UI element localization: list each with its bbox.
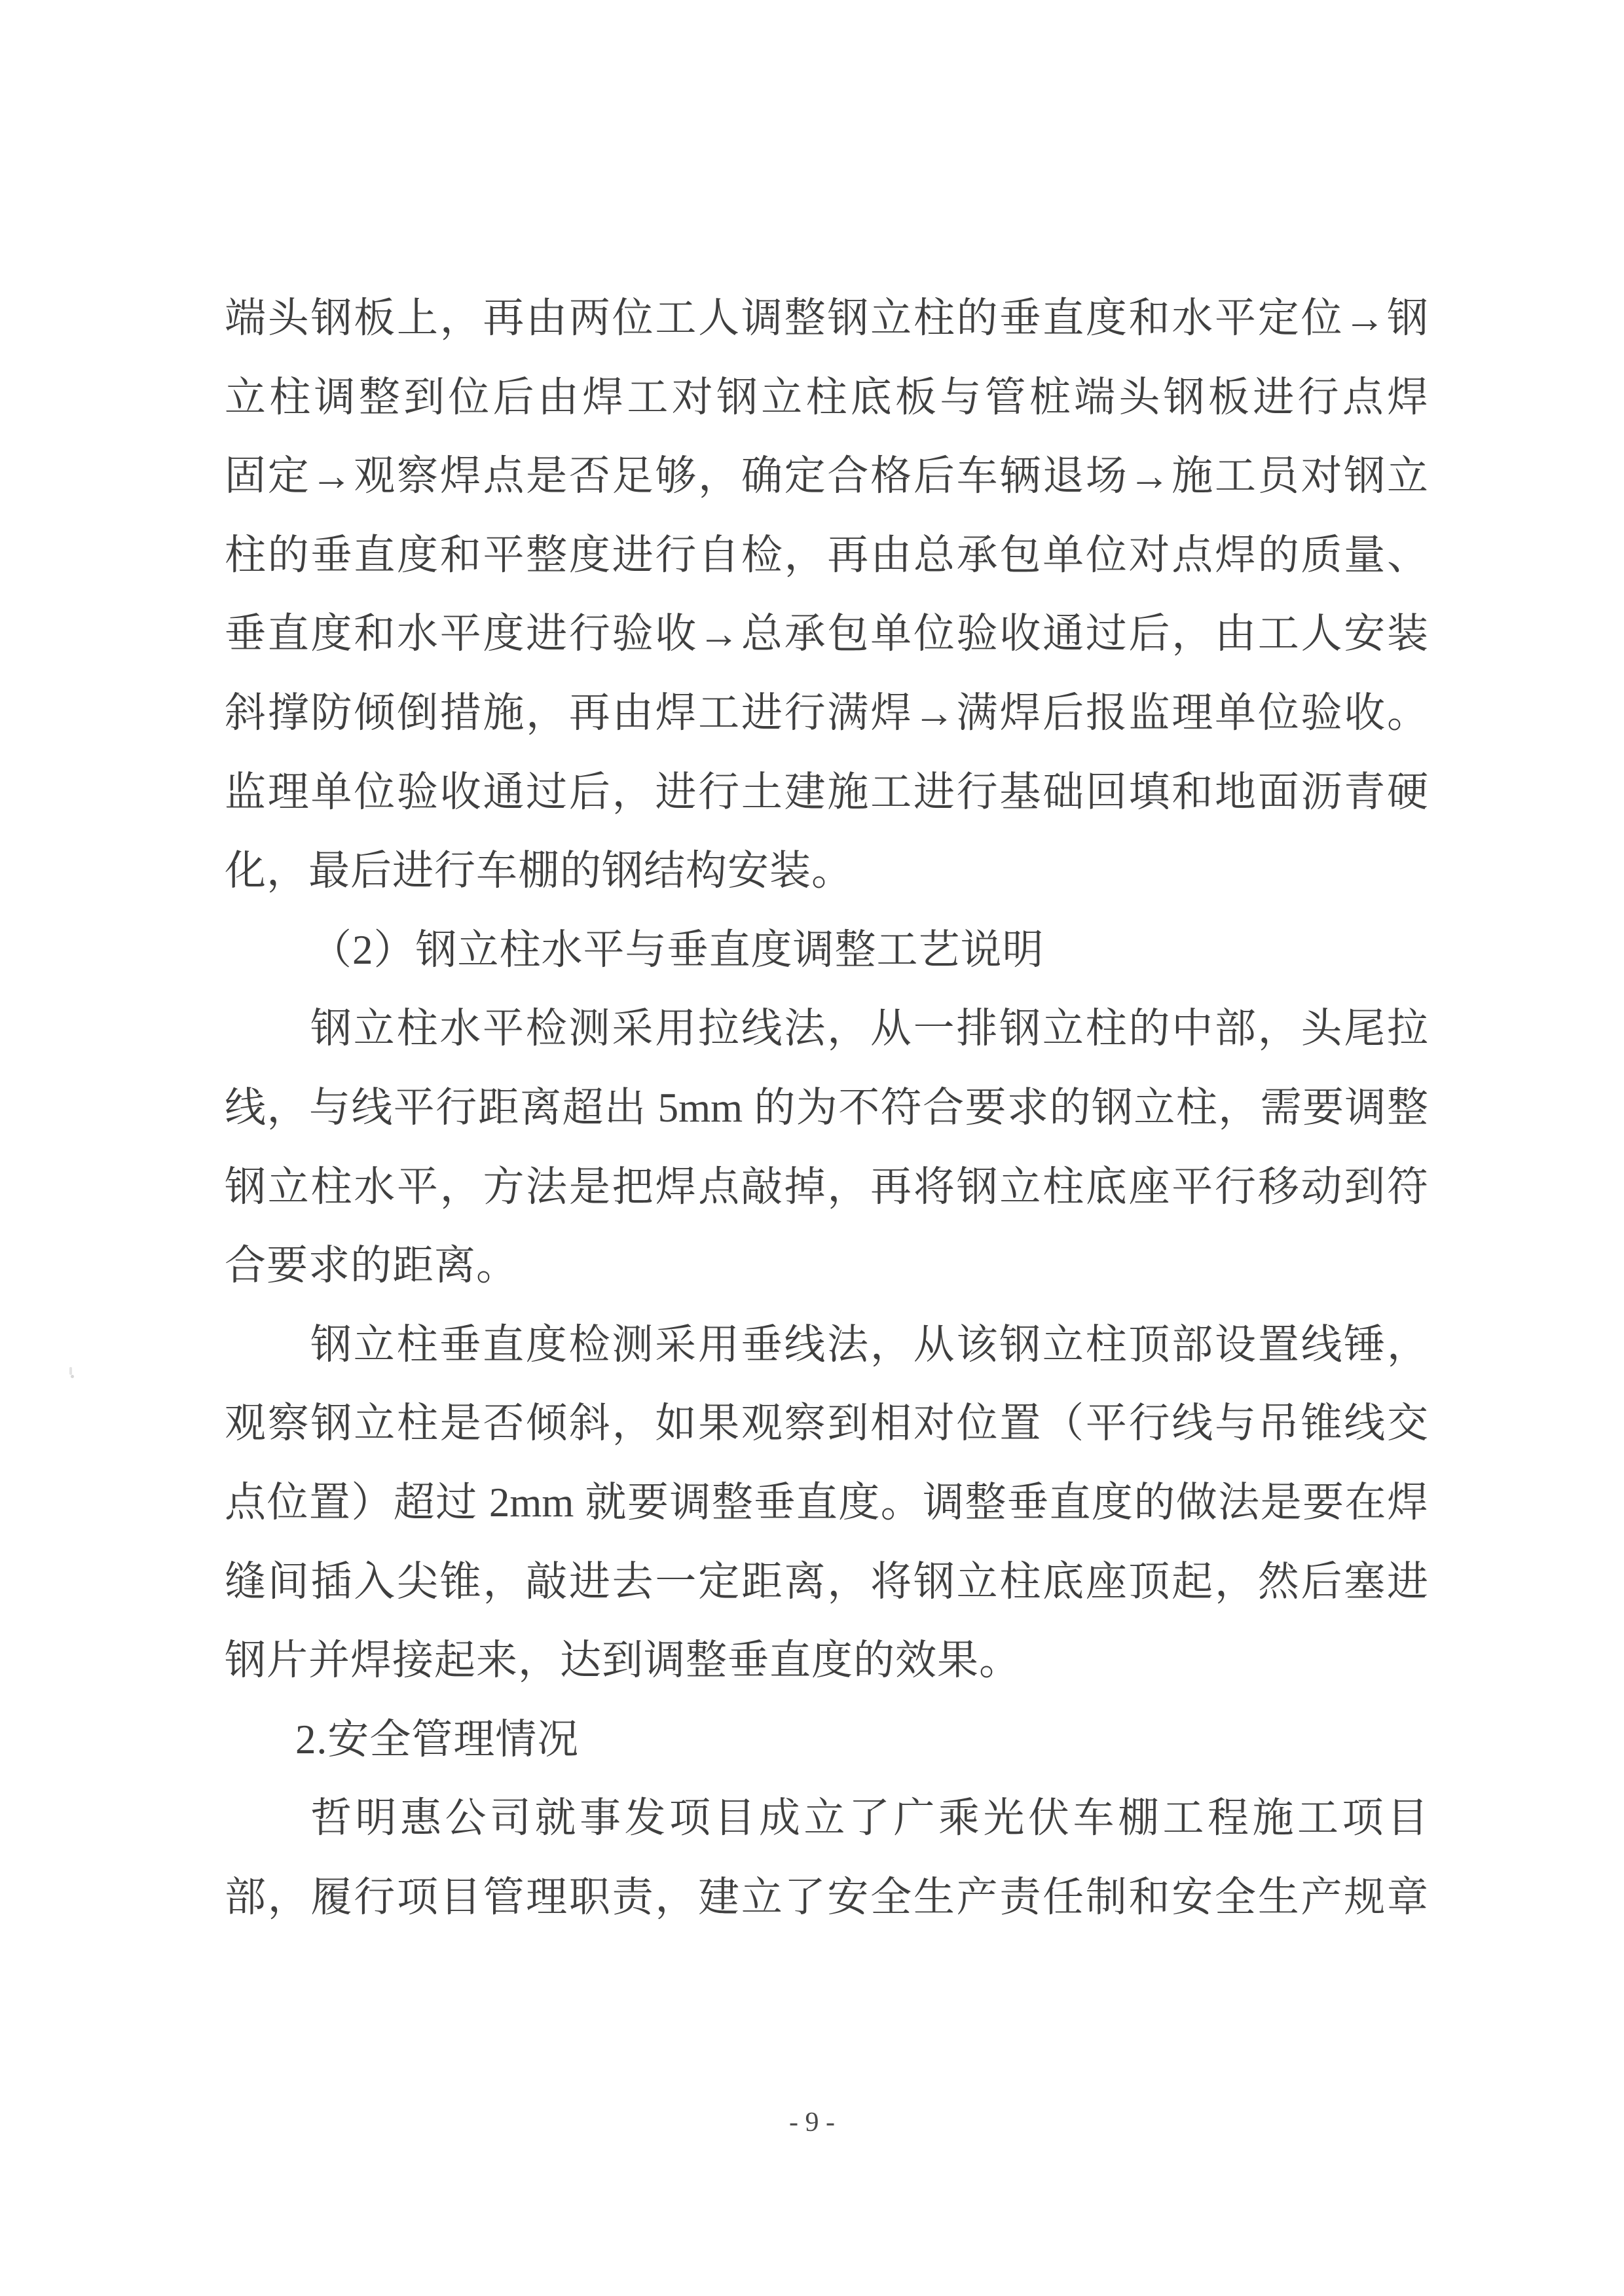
body-text-line: 部，履行项目管理职责，建立了安全生产责任制和安全生产规章 bbox=[225, 1858, 1428, 1937]
body-text-line: 固定→观察焊点是否足够，确定合格后车辆退场→施工员对钢立 bbox=[225, 437, 1428, 516]
body-text-line: 端头钢板上，再由两位工人调整钢立柱的垂直度和水平定位→钢 bbox=[225, 279, 1428, 358]
page-number: - 9 - bbox=[0, 2104, 1624, 2141]
section-heading-line: 2.安全管理情况 bbox=[225, 1700, 1428, 1779]
body-text-line: 钢立柱水平检测采用拉线法，从一排钢立柱的中部，头尾拉 bbox=[225, 989, 1428, 1068]
body-text-line: 线，与线平行距离超出 5mm 的为不符合要求的钢立柱，需要调整 bbox=[225, 1068, 1428, 1148]
body-text-line: 合要求的距离。 bbox=[225, 1226, 1428, 1305]
body-text-line: 立柱调整到位后由焊工对钢立柱底板与管桩端头钢板进行点焊 bbox=[225, 358, 1428, 437]
body-text-line: 钢立柱垂直度检测采用垂线法，从该钢立柱顶部设置线锤， bbox=[225, 1305, 1428, 1385]
body-text-line: 化，最后进行车棚的钢结构安装。 bbox=[225, 831, 1428, 911]
body-text-line: 缝间插入尖锥，敲进去一定距离，将钢立柱底座顶起，然后塞进 bbox=[225, 1542, 1428, 1622]
body-text-line: 钢立柱水平，方法是把焊点敲掉，再将钢立柱底座平行移动到符 bbox=[225, 1148, 1428, 1227]
body-text-line: 垂直度和水平度进行验收→总承包单位验收通过后，由工人安装 bbox=[225, 594, 1428, 674]
body-text-line: 观察钢立柱是否倾斜，如果观察到相对位置（平行线与吊锥线交 bbox=[225, 1384, 1428, 1463]
body-text-line: 监理单位验收通过后，进行土建施工进行基础回填和地面沥青硬 bbox=[225, 753, 1428, 832]
body-text-line: 哲明惠公司就事发项目成立了广乘光伏车棚工程施工项目 bbox=[225, 1779, 1428, 1858]
section-heading-line: （2）钢立柱水平与垂直度调整工艺说明 bbox=[225, 911, 1428, 990]
page-body-text: 端头钢板上，再由两位工人调整钢立柱的垂直度和水平定位→钢 立柱调整到位后由焊工对… bbox=[225, 279, 1428, 1937]
body-text-line: 柱的垂直度和平整度进行自检，再由总承包单位对点焊的质量、 bbox=[225, 516, 1428, 595]
body-text-line: 斜撑防倾倒措施，再由焊工进行满焊→满焊后报监理单位验收。 bbox=[225, 674, 1428, 753]
body-text-line: 点位置）超过 2mm 就要调整垂直度。调整垂直度的做法是要在焊 bbox=[225, 1463, 1428, 1542]
body-text-line: 钢片并焊接起来，达到调整垂直度的效果。 bbox=[225, 1621, 1428, 1700]
scan-artifact-speck bbox=[68, 1367, 75, 1377]
document-page: 端头钢板上，再由两位工人调整钢立柱的垂直度和水平定位→钢 立柱调整到位后由焊工对… bbox=[0, 0, 1624, 2296]
